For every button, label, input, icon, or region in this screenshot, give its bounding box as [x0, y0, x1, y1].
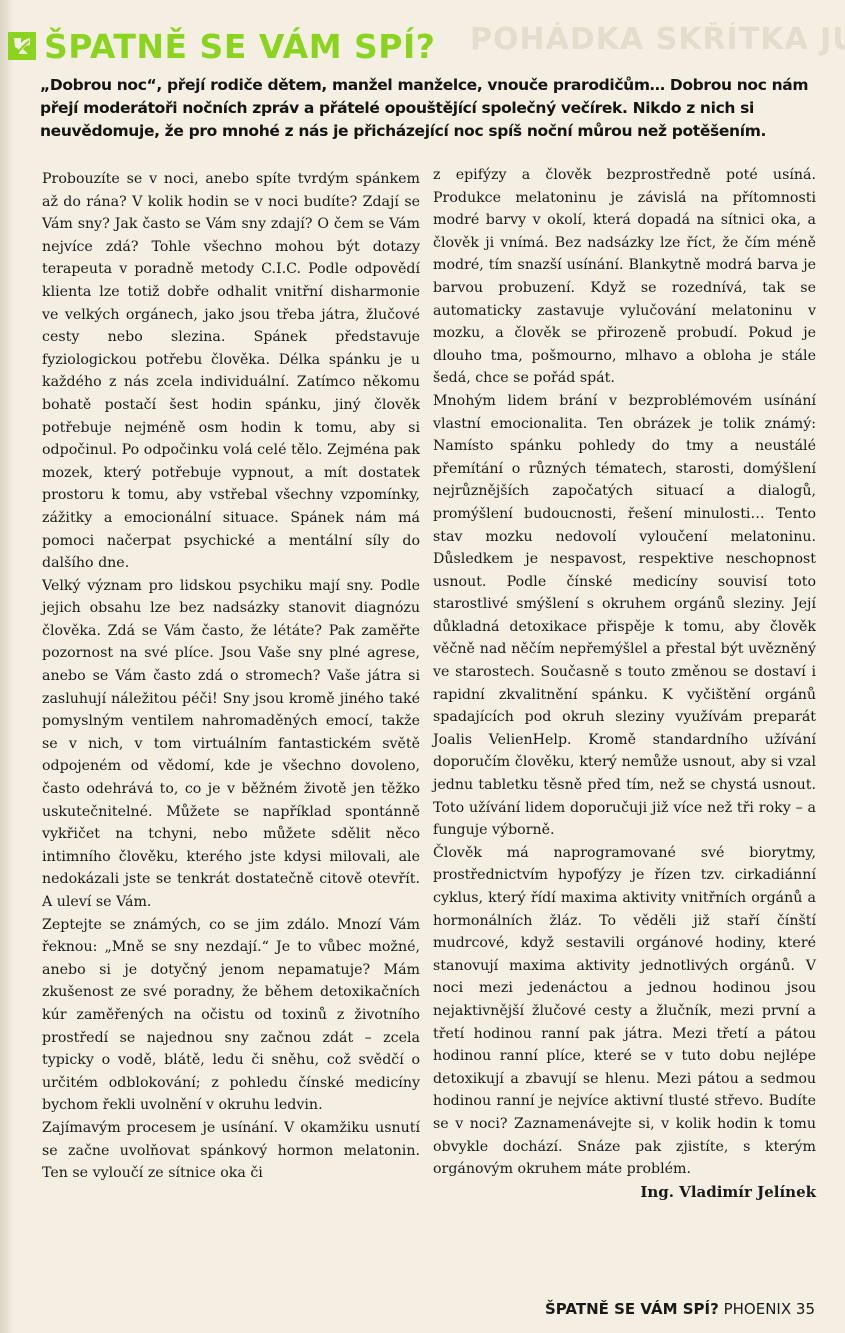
right-column: z epifýzy a člověk bezprostředně poté us… [433, 164, 816, 1203]
page-footer: ŠPATNĚ SE VÁM SPÍ? PHOENIX 35 [545, 1300, 815, 1318]
lead-paragraph: „Dobrou noc“, přejí rodiče dětem, manžel… [40, 74, 830, 143]
title-text: ŠPATNĚ SE VÁM SPÍ? [44, 27, 435, 66]
footer-article-title: ŠPATNĚ SE VÁM SPÍ? [545, 1300, 719, 1318]
paragraph: Člověk má naprogramované své biorytmy, p… [433, 842, 816, 1181]
show-through-heading: POHÁDKA SKŘÍTKA JU [470, 22, 845, 62]
page-number: 35 [796, 1300, 815, 1318]
author-signature: Ing. Vladimír Jelínek [433, 1181, 816, 1204]
leaf-square-icon [8, 32, 36, 60]
paragraph: z epifýzy a člověk bezprostředně poté us… [433, 164, 816, 390]
page-binding-shadow [0, 0, 14, 1333]
paragraph: Zajímavým procesem je usínání. V okamžik… [42, 1117, 420, 1185]
article-title: ŠPATNĚ SE VÁM SPÍ? [8, 26, 435, 66]
paragraph: Velký význam pro lidskou psychiku mají s… [42, 575, 420, 914]
paragraph: Zeptejte se známých, co se jim zdálo. Mn… [42, 914, 420, 1117]
paragraph: Mnohým lidem brání v bezproblémovém usín… [433, 390, 816, 842]
left-column: Probouzíte se v noci, anebo spíte tvrdým… [42, 168, 420, 1185]
paragraph: Probouzíte se v noci, anebo spíte tvrdým… [42, 168, 420, 575]
footer-magazine-name: PHOENIX [724, 1300, 792, 1318]
